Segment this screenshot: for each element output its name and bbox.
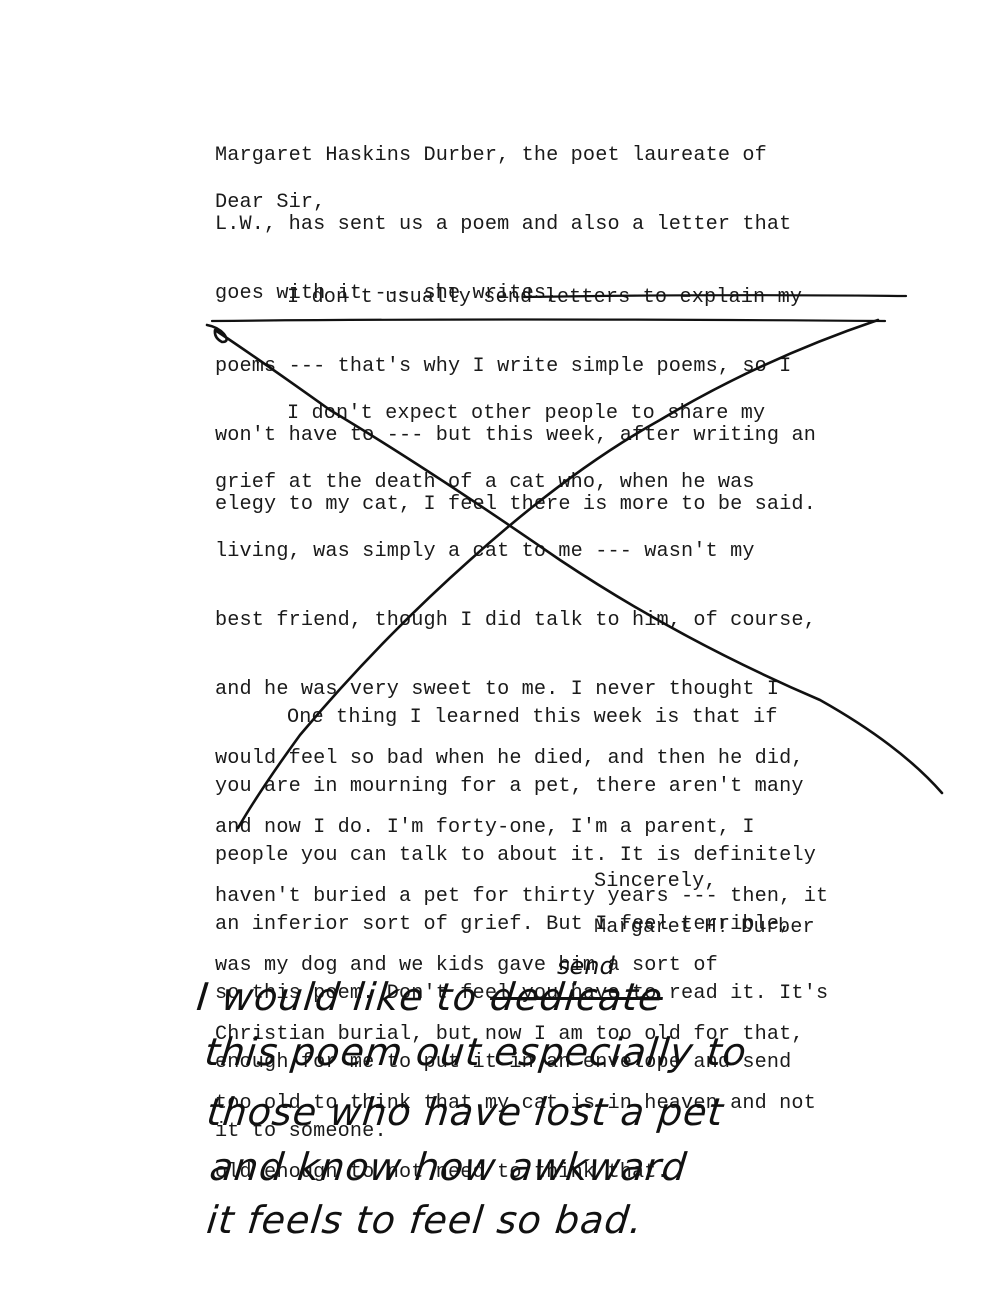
paragraph-line: living, was simply a cat to me --- wasn'… [215, 540, 828, 563]
paragraph-line: One thing I learned this week is that if [215, 706, 828, 729]
intro-line: L.W., has sent us a poem and also a lett… [215, 213, 791, 236]
handwritten-line: it feels to feel so bad. [205, 1198, 645, 1242]
paragraph-line: best friend, though I did talk to him, o… [215, 609, 828, 632]
handwritten-line: and know how awkward [208, 1145, 690, 1189]
paragraph-line: people you can talk to about it. It is d… [215, 844, 828, 867]
paragraph-line: grief at the death of a cat who, when he… [215, 471, 828, 494]
handwritten-text: I would like to [195, 975, 493, 1019]
paragraph-line: you are in mourning for a pet, there are… [215, 775, 828, 798]
handwritten-line: this poem out especially to [203, 1030, 749, 1074]
handwritten-struck-word: dedicate [488, 975, 665, 1019]
paragraph-line: I don't usually send letters to explain … [215, 286, 816, 309]
paragraph-line: I don't expect other people to share my [215, 402, 828, 425]
salutation: Dear Sir, [215, 191, 325, 214]
letter-page: Margaret Haskins Durber, the poet laurea… [0, 0, 1000, 1294]
intro-line: Margaret Haskins Durber, the poet laurea… [215, 144, 791, 167]
closing: Sincerely, [594, 870, 717, 893]
handwritten-line: I would like to dedicate [195, 975, 666, 1019]
handwritten-line: those who have lost a pet [205, 1090, 726, 1134]
signature: Margaret H! Durber [594, 916, 815, 939]
